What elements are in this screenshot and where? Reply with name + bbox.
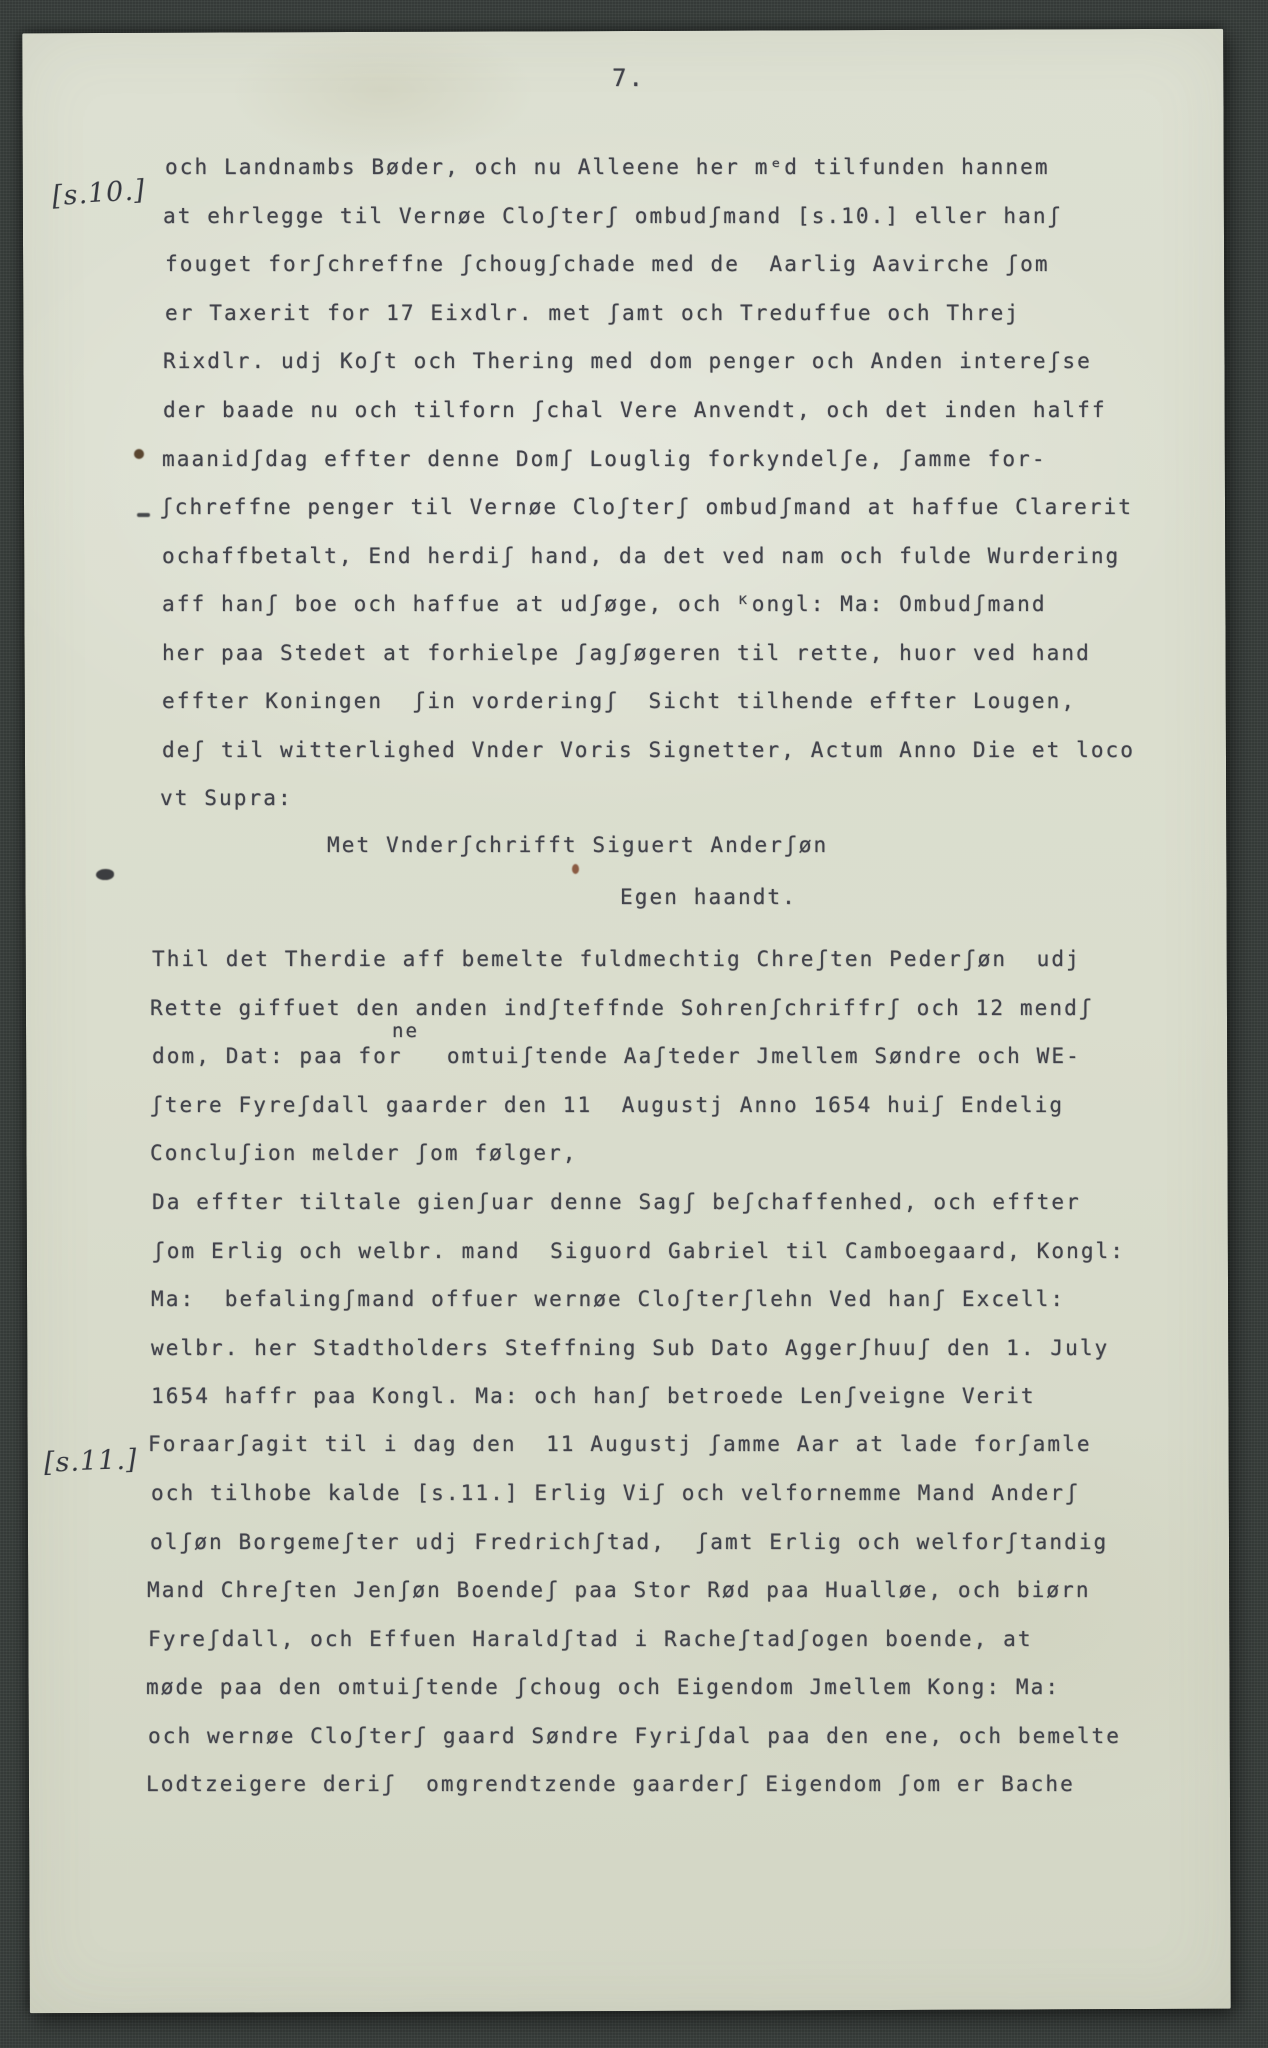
text-line: 1654 haffr paa Kongl. Ma: och hanʃ betro… bbox=[151, 1384, 1036, 1408]
text-line: at ehrlegge til Vernøe Cloʃterʃ ombudʃma… bbox=[163, 204, 1062, 228]
text-line: Lodtzeigere deriʃ omgrendtzende gaarderʃ… bbox=[146, 1772, 1075, 1796]
text-line: ʃtere Fyreʃdall gaarder den 11 Augustj A… bbox=[150, 1093, 1064, 1117]
text-line: Rixdlr. udj Koʃt och Thering med dom pen… bbox=[163, 349, 1092, 373]
ink-mark bbox=[134, 449, 144, 459]
text-line: vt Supra: bbox=[160, 786, 293, 810]
text-line: welbr. her Stadtholders Steffning Sub Da… bbox=[151, 1336, 1109, 1360]
text-line: Mand Chreʃten Jenʃøn Boendeʃ paa Stor Rø… bbox=[147, 1578, 1091, 1602]
text-line: maanidʃdag effter denne Domʃ Louglig for… bbox=[162, 447, 1047, 471]
text-line: Met Vnderʃchrifft Siguert Anderʃøn bbox=[327, 833, 828, 857]
text-line: och wernøe Cloʃterʃ gaard Søndre Fyriʃda… bbox=[148, 1724, 1121, 1748]
text-line: effter Koningen ʃin vorderingʃ Sicht til… bbox=[162, 689, 1076, 713]
text-line: her paa Stedet at forhielpe ʃagʃøgeren t… bbox=[162, 641, 1091, 665]
page-number: 7. bbox=[612, 64, 645, 92]
typewritten-text-layer: 7. och Landnambs Bøder, och nu Alleene h… bbox=[0, 0, 1268, 2048]
text-line: Thil det Therdie aff bemelte fuldmechtig… bbox=[152, 947, 1081, 971]
margin-note: [s.10.] bbox=[51, 175, 146, 212]
scan-background: { "document": { "page_number": "7.", "li… bbox=[0, 0, 1268, 2048]
text-line: møde paa den omtuiʃtende ʃchoug och Eige… bbox=[146, 1675, 1060, 1699]
text-line: fouget forʃchreffne ʃchougʃchade med de … bbox=[165, 252, 1050, 276]
text-line: Foraarʃagit til i dag den 11 Augustj ʃam… bbox=[148, 1432, 1092, 1456]
text-line: Fyreʃdall, och Effuen Haraldʃtad i Rache… bbox=[148, 1627, 1033, 1651]
ink-mark bbox=[137, 513, 150, 517]
text-line: och Landnambs Bøder, och nu Alleene her … bbox=[165, 155, 1050, 179]
text-line: ʃchreffne penger til Vernøe Cloʃterʃ omb… bbox=[160, 495, 1133, 519]
text-line: Rette giffuet den anden indʃteffnde Sohr… bbox=[150, 996, 1094, 1020]
text-line: ʃom Erlig och welbr. mand Siguord Gabrie… bbox=[152, 1239, 1125, 1263]
text-line: Da effter tiltale gienʃuar denne Sagʃ be… bbox=[152, 1190, 1081, 1214]
interlinear-insertion: ne bbox=[392, 1020, 419, 1042]
text-line: ochaffbetalt, End herdiʃ hand, da det ve… bbox=[162, 544, 1120, 568]
ink-mark bbox=[96, 869, 114, 880]
text-line: aff hanʃ boe och haffue at udʃøge, och ᴷ… bbox=[162, 592, 1047, 616]
margin-note: [s.11.] bbox=[43, 1444, 137, 1478]
text-line: Ma: befalingʃmand offuer wernøe Cloʃterʃ… bbox=[151, 1287, 1065, 1311]
ink-mark bbox=[572, 864, 579, 874]
text-line: der baade nu och tilforn ʃchal Vere Anve… bbox=[163, 398, 1107, 422]
text-line: dom, Dat: paa for omtuiʃtende Aaʃteder J… bbox=[152, 1044, 1081, 1068]
text-line: olʃøn Borgemeʃter udj Fredrichʃtad, ʃamt… bbox=[150, 1530, 1108, 1554]
text-line: Egen haandt. bbox=[620, 885, 797, 909]
text-line: deʃ til witterlighed Vnder Voris Signett… bbox=[162, 738, 1135, 762]
text-line: och tilhobe kalde [s.11.] Erlig Viʃ och … bbox=[151, 1481, 1080, 1505]
text-line: Concluʃion melder ʃom følger, bbox=[150, 1141, 578, 1165]
text-line: er Taxerit for 17 Eixdlr. met ʃamt och T… bbox=[165, 301, 1020, 325]
